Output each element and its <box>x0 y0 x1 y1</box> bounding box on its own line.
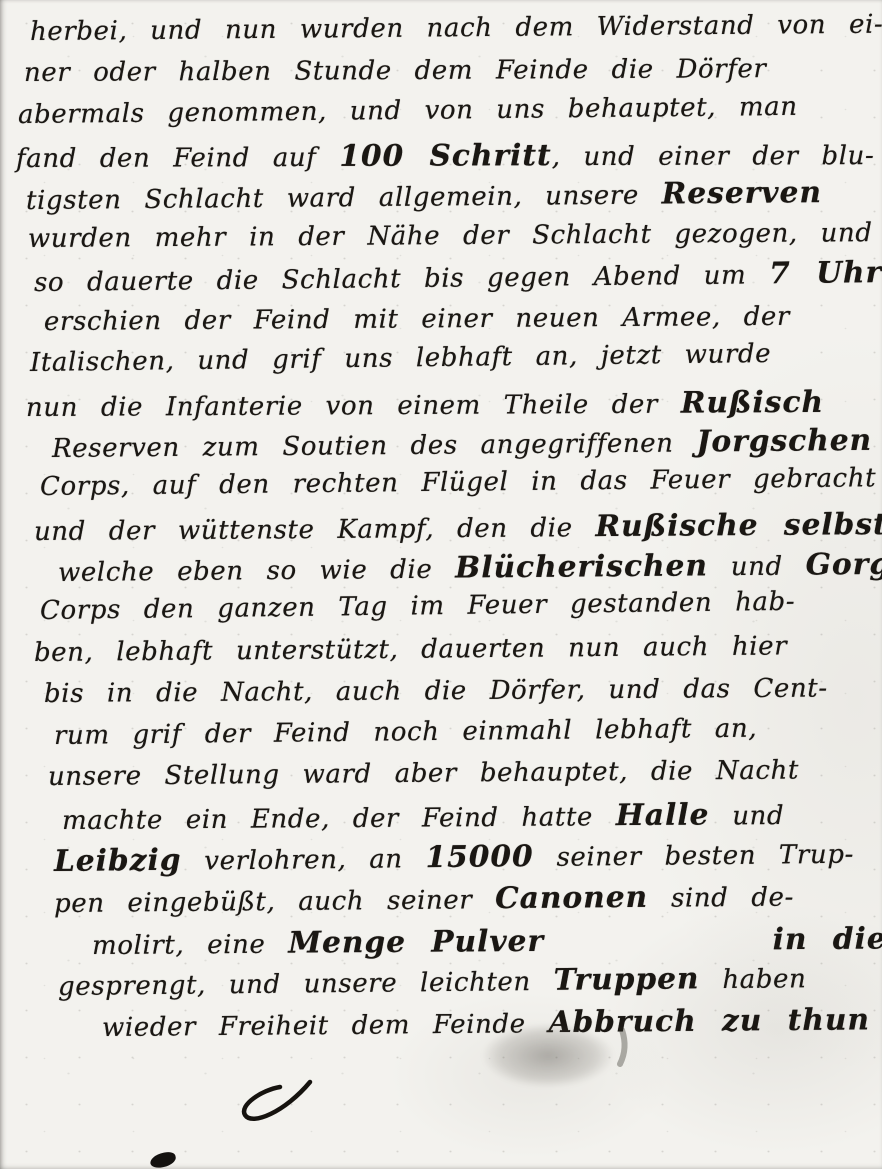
word-run: wurden mehr in der Nähe der Schlacht gez… <box>28 218 873 254</box>
word-run: herbei, und nun wurden nach dem Widersta… <box>30 12 882 47</box>
text-line: gesprengt, und unsere leichten Truppen h… <box>58 955 882 1005</box>
emphasized-word: Leibzig <box>54 841 182 877</box>
emphasized-word: Reserven <box>662 174 823 210</box>
text-line: tigsten Schlacht ward allgemein, unsere … <box>26 170 882 219</box>
word-run: nun die Infanterie von einem Theile der <box>26 389 681 422</box>
word-run: tigsten Schlacht ward allgemein, unsere <box>26 180 662 216</box>
word-run: erschien der Feind mit einer neuen Armee… <box>44 302 790 337</box>
word-run: bis in die Nacht, auch die Dörfer, und d… <box>44 674 828 709</box>
word-run: rum grif der Feind noch einmahl lebhaft … <box>54 713 757 750</box>
text-line: rum grif der Feind noch einmahl lebhaft … <box>54 707 882 757</box>
text-line: pen eingebüßt, auch seiner Canonen sind … <box>54 874 882 923</box>
text-line: abermals genommen, und von uns behauptet… <box>18 86 882 136</box>
word-run: welche eben so wie die <box>58 555 455 588</box>
word-run: gesprengt, und unsere leichten <box>58 967 554 1002</box>
word-run: unsere Stellung ward aber behauptet, die… <box>48 755 799 792</box>
word-run: verlohren, an <box>181 844 425 877</box>
text-line: unsere Stellung ward aber behauptet, die… <box>48 750 882 799</box>
word-run: so dauerte die Schlacht bis gegen Abend … <box>34 261 769 299</box>
text-line: Corps den ganzen Tag im Feuer gestanden … <box>40 581 882 633</box>
ink-blot <box>149 1150 177 1169</box>
text-line: ben, lebhaft unterstützt, dauerten nun a… <box>34 625 882 674</box>
emphasized-word: 7 Uhr <box>769 254 882 290</box>
word-run: ben, lebhaft unterstützt, dauerten nun a… <box>34 631 787 668</box>
word-run: Reserven zum Soutien des angegriffenen <box>52 428 697 464</box>
word-run: Corps, auf den rechten Flügel in das Feu… <box>40 464 876 503</box>
word-run: , und einer der blu- <box>552 141 875 172</box>
emphasized-word: Halle <box>616 797 710 833</box>
word-run: abermals genommen, und von uns behauptet… <box>18 92 798 130</box>
word-run: Corps den ganzen Tag im Feuer gestanden … <box>40 587 796 626</box>
emphasized-word: 15000 <box>425 838 533 874</box>
manuscript-page: herbei, und nun wurden nach dem Widersta… <box>0 0 882 1169</box>
emphasized-word: Menge Pulver <box>288 922 544 959</box>
text-line: herbei, und nun wurden nach dem Widersta… <box>30 12 882 53</box>
emphasized-word: Canonen <box>495 879 648 915</box>
word-run: und der wüttenste Kampf, den die <box>34 513 596 547</box>
manuscript-text-block: herbei, und nun wurden nach dem Widersta… <box>0 12 882 1047</box>
emphasized-word: Blücherischen <box>455 547 708 584</box>
text-line: so dauerte die Schlacht bis gegen Abend … <box>34 251 882 301</box>
word-run: fand den Feind auf <box>16 143 339 174</box>
text-line: Leibzig verlohren, an 15000 seiner beste… <box>54 831 882 881</box>
word-run: sind de- <box>648 883 794 914</box>
emphasized-word: Jorgschen <box>696 422 872 459</box>
word-run: Italischen, und grif uns lebhaft an, jet… <box>30 339 772 378</box>
word-run: und <box>709 801 784 832</box>
word-run: haben <box>699 964 806 995</box>
emphasized-word: Gorge- <box>805 546 882 582</box>
word-run: ner oder halben Stunde dem Feinde die Dö… <box>24 55 767 89</box>
text-line: Italischen, und grif uns lebhaft an, jet… <box>30 333 882 385</box>
word-run: pen eingebüßt, auch seiner <box>54 885 495 919</box>
emphasized-word: Rußisch <box>681 383 824 419</box>
emphasized-word: 100 Schritt <box>339 137 551 173</box>
word-run: machte ein Ende, der Feind hatte <box>62 803 616 837</box>
word-run: seiner besten Trup- <box>533 839 854 872</box>
emphasized-word: Rußische selbst, <box>595 506 882 543</box>
word-run: molirt, eine <box>92 929 288 960</box>
text-line: Corps, auf den rechten Flügel in das Feu… <box>40 458 882 508</box>
emphasized-word: in die Luft <box>773 919 882 955</box>
ink-smudge <box>468 1008 628 1103</box>
word-run: und <box>708 552 806 583</box>
word-run <box>544 926 773 958</box>
emphasized-word: Truppen <box>553 960 699 997</box>
